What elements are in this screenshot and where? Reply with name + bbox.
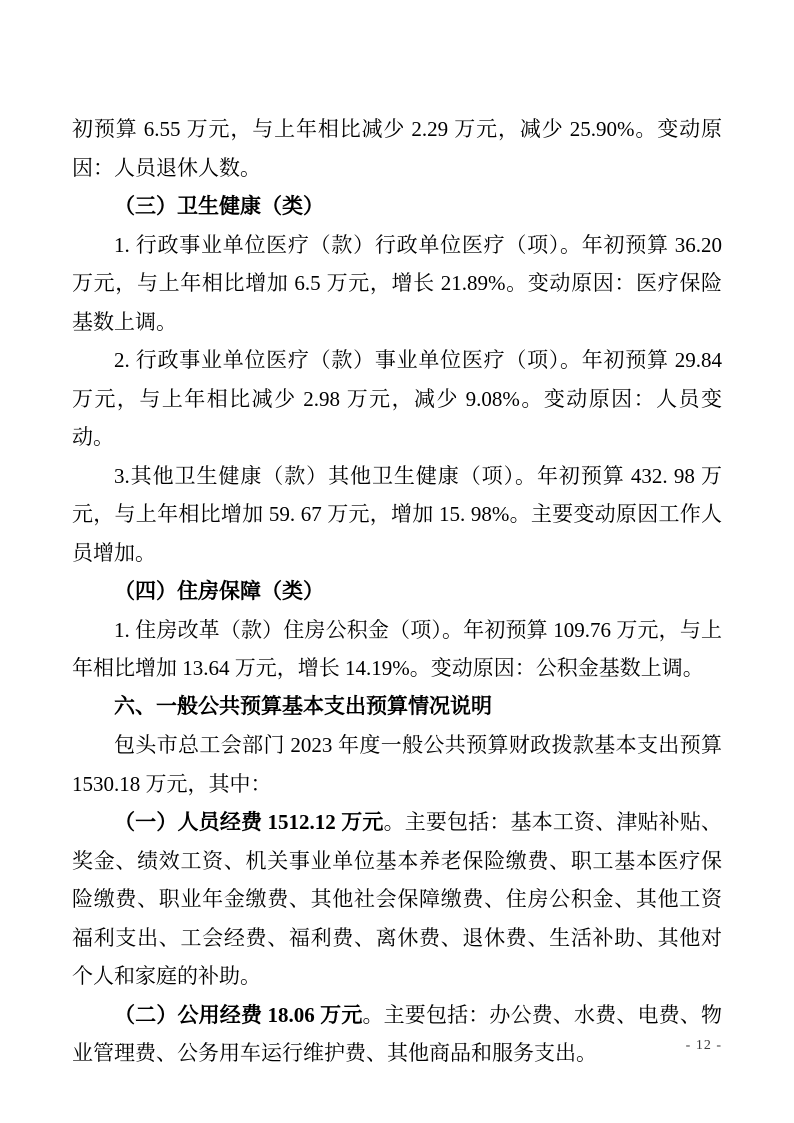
paragraph-health-item-1: 1. 行政事业单位医疗（款）行政单位医疗（项）。年初预算 36.20 万元，与上… xyxy=(72,226,722,342)
page-number: - 12 - xyxy=(686,1038,722,1054)
heading-section-six: 六、一般公共预算基本支出预算情况说明 xyxy=(72,688,722,727)
personnel-expense-detail: 。主要包括：基本工资、津贴补贴、奖金、绩效工资、机关事业单位基本养老保险缴费、职… xyxy=(72,810,722,988)
paragraph-health-item-2: 2. 行政事业单位医疗（款）事业单位医疗（项）。年初预算 29.84 万元，与上… xyxy=(72,341,722,457)
paragraph-housing-item-1: 1. 住房改革（款）住房公积金（项）。年初预算 109.76 万元，与上年相比增… xyxy=(72,611,722,688)
document-page: 初预算 6.55 万元，与上年相比减少 2.29 万元，减少 25.90%。变动… xyxy=(0,0,794,1123)
public-expense-lead: （二）公用经费 18.06 万元 xyxy=(114,1003,362,1027)
heading-housing-category: （四）住房保障（类） xyxy=(72,572,722,611)
personnel-expense-lead: （一）人员经费 1512.12 万元 xyxy=(114,810,384,834)
paragraph-continuation: 初预算 6.55 万元，与上年相比减少 2.29 万元，减少 25.90%。变动… xyxy=(72,110,722,187)
heading-health-category: （三）卫生健康（类） xyxy=(72,187,722,226)
paragraph-public-expense: （二）公用经费 18.06 万元。主要包括：办公费、水费、电费、物业管理费、公务… xyxy=(72,996,722,1073)
paragraph-basic-expenditure-intro: 包头市总工会部门 2023 年度一般公共预算财政拨款基本支出预算 1530.18… xyxy=(72,726,722,803)
paragraph-health-item-3: 3.其他卫生健康（款）其他卫生健康（项）。年初预算 432. 98 万元，与上年… xyxy=(72,457,722,573)
paragraph-personnel-expense: （一）人员经费 1512.12 万元。主要包括：基本工资、津贴补贴、奖金、绩效工… xyxy=(72,803,722,996)
document-body: 初预算 6.55 万元，与上年相比减少 2.29 万元，减少 25.90%。变动… xyxy=(72,110,722,1073)
